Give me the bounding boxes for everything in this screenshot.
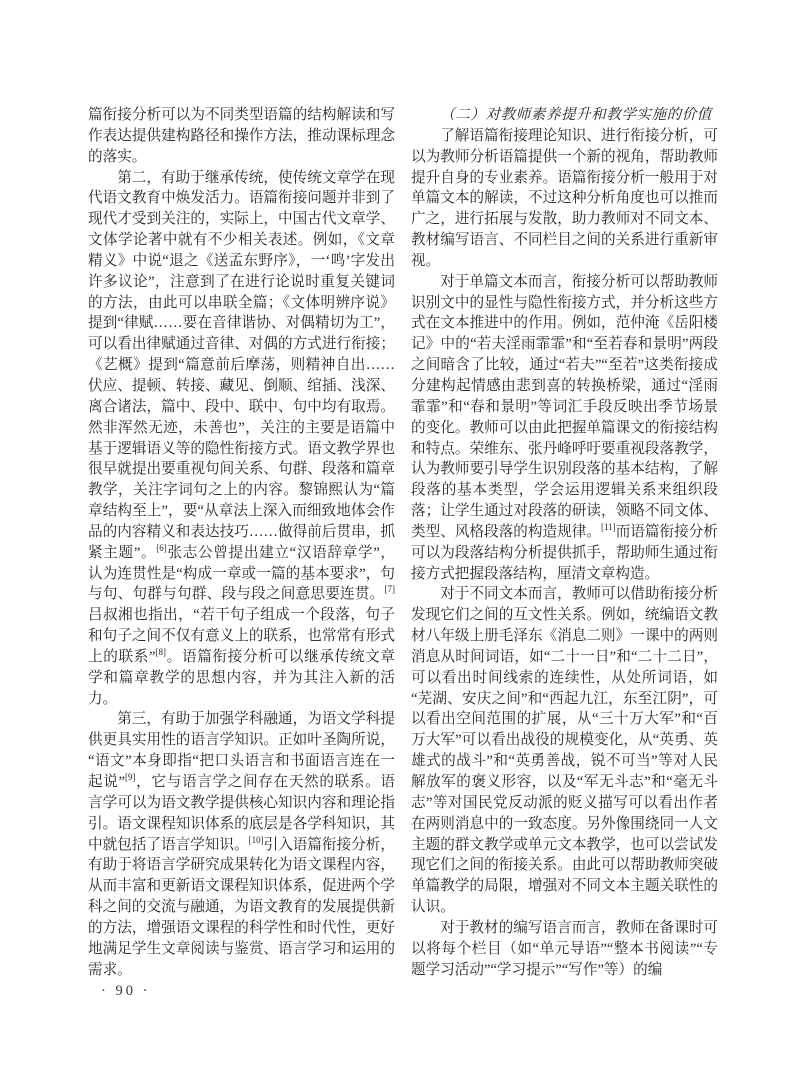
scanned-paper-page: { "page": { "background": "#ffffff", "te…: [0, 0, 800, 1077]
footnote-ref: [8]: [156, 647, 167, 657]
paragraph: 对于不同文本而言，教师可以借助衔接分析发现它们之间的互文性关系。例如，统编语文教…: [411, 584, 718, 918]
section-heading: （二）对教师素养提升和教学实施的价值: [411, 105, 718, 126]
right-column: （二）对教师素养提升和教学实施的价值 了解语篇衔接理论知识、进行衔接分析，可以为…: [411, 105, 718, 1002]
paragraph: 了解语篇衔接理论知识、进行衔接分析，可以为教师分析语篇提供一个新的视角，帮助教师…: [411, 126, 718, 272]
page-number: · 90 ·: [101, 981, 395, 1002]
page-content: 篇衔接分析可以为不同类型语篇的结构解读和写作表达提供建构路径和操作方法，推动课标…: [88, 105, 719, 1002]
paragraph: 篇衔接分析可以为不同类型语篇的结构解读和写作表达提供建构路径和操作方法，推动课标…: [88, 105, 395, 168]
footnote-ref: [10]: [249, 835, 264, 845]
footnote-ref: [7]: [385, 585, 396, 595]
paragraph: 对于单篇文本而言，衔接分析可以帮助教师识别文中的显性与隐性衔接方式，并分析这些方…: [411, 272, 718, 585]
footnote-ref: [11]: [601, 522, 616, 532]
left-column-text: 篇衔接分析可以为不同类型语篇的结构解读和写作表达提供建构路径和操作方法，推动课标…: [88, 105, 395, 980]
paragraph: 第二，有助于继承传统，使传统文章学在现代语文教育中焕发活力。语篇衔接问题并非到了…: [88, 168, 395, 710]
footnote-ref: [9]: [125, 772, 136, 782]
right-column-text: 了解语篇衔接理论知识、进行衔接分析，可以为教师分析语篇提供一个新的视角，帮助教师…: [411, 126, 718, 981]
paragraph: 对于教材的编写语言而言，教师在备课时可以将每个栏目（如“单元导语”“整本书阅读”…: [411, 918, 718, 981]
paragraph: 第三，有助于加强学科融通，为语文学科提供更具实用性的语言学知识。正如叶圣陶所说，…: [88, 709, 395, 980]
left-column: 篇衔接分析可以为不同类型语篇的结构解读和写作表达提供建构路径和操作方法，推动课标…: [88, 105, 395, 1002]
footnote-ref: [6]: [156, 543, 167, 553]
